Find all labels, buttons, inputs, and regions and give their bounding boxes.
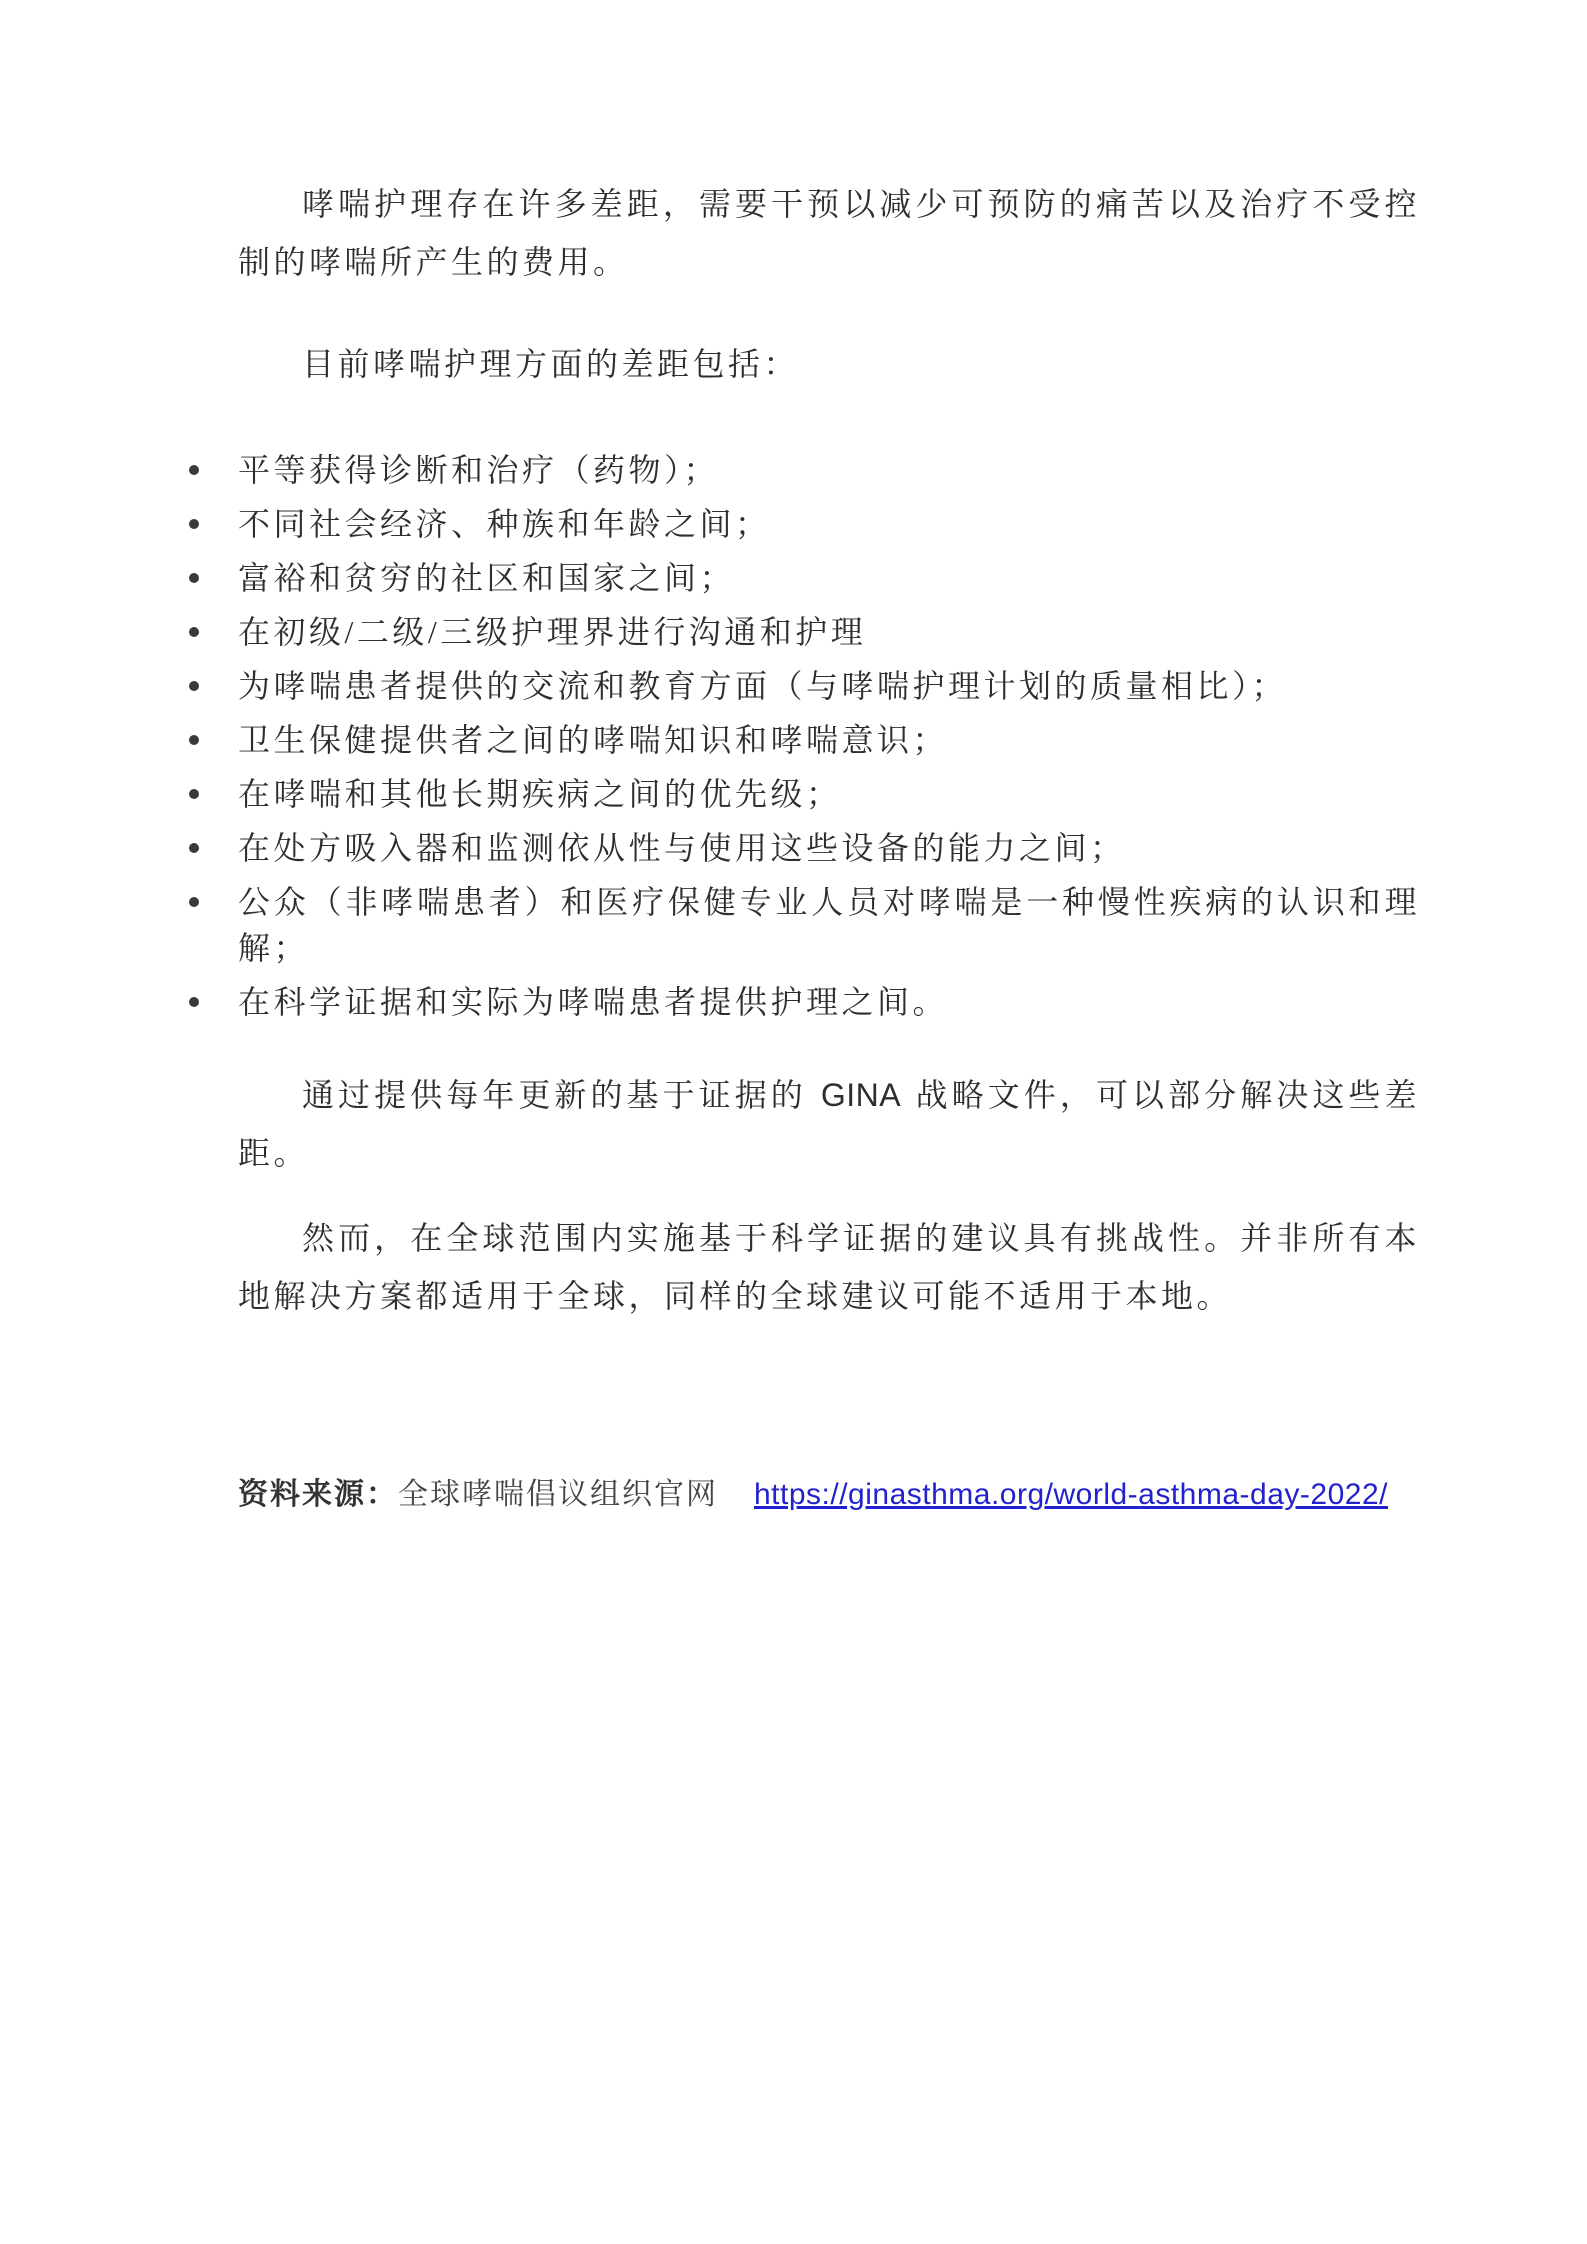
list-item: 在处方吸入器和监测依从性与使用这些设备的能力之间； (238, 825, 1420, 871)
bullet-icon (189, 735, 199, 745)
bullet-icon (189, 573, 199, 583)
gaps-bullet-list: 平等获得诊断和治疗（药物）； 不同社会经济、种族和年龄之间； 富裕和贫穷的社区和… (238, 447, 1420, 1025)
list-item: 在哮喘和其他长期疾病之间的优先级； (238, 771, 1420, 817)
list-item-text: 平等获得诊断和治疗（药物）； (238, 452, 719, 488)
bullet-icon (189, 789, 199, 799)
bullet-icon (189, 627, 199, 637)
paragraph-gina-strategy: 通过提供每年更新的基于证据的GINA战略文件，可以部分解决这些差距。 (238, 1066, 1420, 1182)
list-item-text: 公众（非哮喘患者）和医疗保健专业人员对哮喘是一种慢性疾病的认识和理解； (238, 884, 1420, 966)
bullet-icon (189, 997, 199, 1007)
list-item-text: 为哮喘患者提供的交流和教育方面（与哮喘护理计划的质量相比）； (238, 668, 1287, 704)
list-item: 为哮喘患者提供的交流和教育方面（与哮喘护理计划的质量相比）； (238, 663, 1420, 709)
bullet-icon (189, 681, 199, 691)
list-item: 平等获得诊断和治疗（药物）； (238, 447, 1420, 493)
list-item: 富裕和贫穷的社区和国家之间； (238, 555, 1420, 601)
list-item-text: 在科学证据和实际为哮喘患者提供护理之间。 (238, 984, 948, 1020)
gina-acronym: GINA (821, 1077, 901, 1113)
bullet-icon (189, 519, 199, 529)
gina-paragraph-before: 通过提供每年更新的基于证据的 (302, 1077, 807, 1113)
source-label: 资料来源： (238, 1478, 398, 1511)
paragraph-asthma-gaps-intro: 哮喘护理存在许多差距，需要干预以减少可预防的痛苦以及治疗不受控制的哮喘所产生的费… (238, 175, 1420, 291)
list-item-text: 在初级/二级/三级护理界进行沟通和护理 (238, 614, 866, 650)
source-site-name: 全球哮喘倡议组织官网 (398, 1478, 718, 1511)
bullet-icon (189, 465, 199, 475)
paragraph-gaps-include: 目前哮喘护理方面的差距包括： (238, 335, 1420, 393)
list-item-text: 在处方吸入器和监测依从性与使用这些设备的能力之间； (238, 830, 1126, 866)
source-link[interactable]: https://ginasthma.org/world-asthma-day-2… (754, 1478, 1388, 1511)
paragraph-global-implementation: 然而，在全球范围内实施基于科学证据的建议具有挑战性。并非所有本地解决方案都适用于… (238, 1209, 1420, 1325)
list-item: 卫生保健提供者之间的哮喘知识和哮喘意识； (238, 717, 1420, 763)
list-item: 在科学证据和实际为哮喘患者提供护理之间。 (238, 979, 1420, 1025)
list-item: 公众（非哮喘患者）和医疗保健专业人员对哮喘是一种慢性疾病的认识和理解； (238, 879, 1420, 971)
list-item-text: 在哮喘和其他长期疾病之间的优先级； (238, 776, 842, 812)
document-page: 哮喘护理存在许多差距，需要干预以减少可预防的痛苦以及治疗不受控制的哮喘所产生的费… (0, 0, 1587, 2244)
list-item-text: 卫生保健提供者之间的哮喘知识和哮喘意识； (238, 722, 948, 758)
list-item-text: 不同社会经济、种族和年龄之间； (238, 506, 771, 542)
bullet-icon (189, 843, 199, 853)
source-line: 资料来源：全球哮喘倡议组织官网https://ginasthma.org/wor… (238, 1472, 1420, 1518)
list-item: 不同社会经济、种族和年龄之间； (238, 501, 1420, 547)
list-item: 在初级/二级/三级护理界进行沟通和护理 (238, 609, 1420, 655)
bullet-icon (189, 897, 199, 907)
list-item-text: 富裕和贫穷的社区和国家之间； (238, 560, 735, 596)
